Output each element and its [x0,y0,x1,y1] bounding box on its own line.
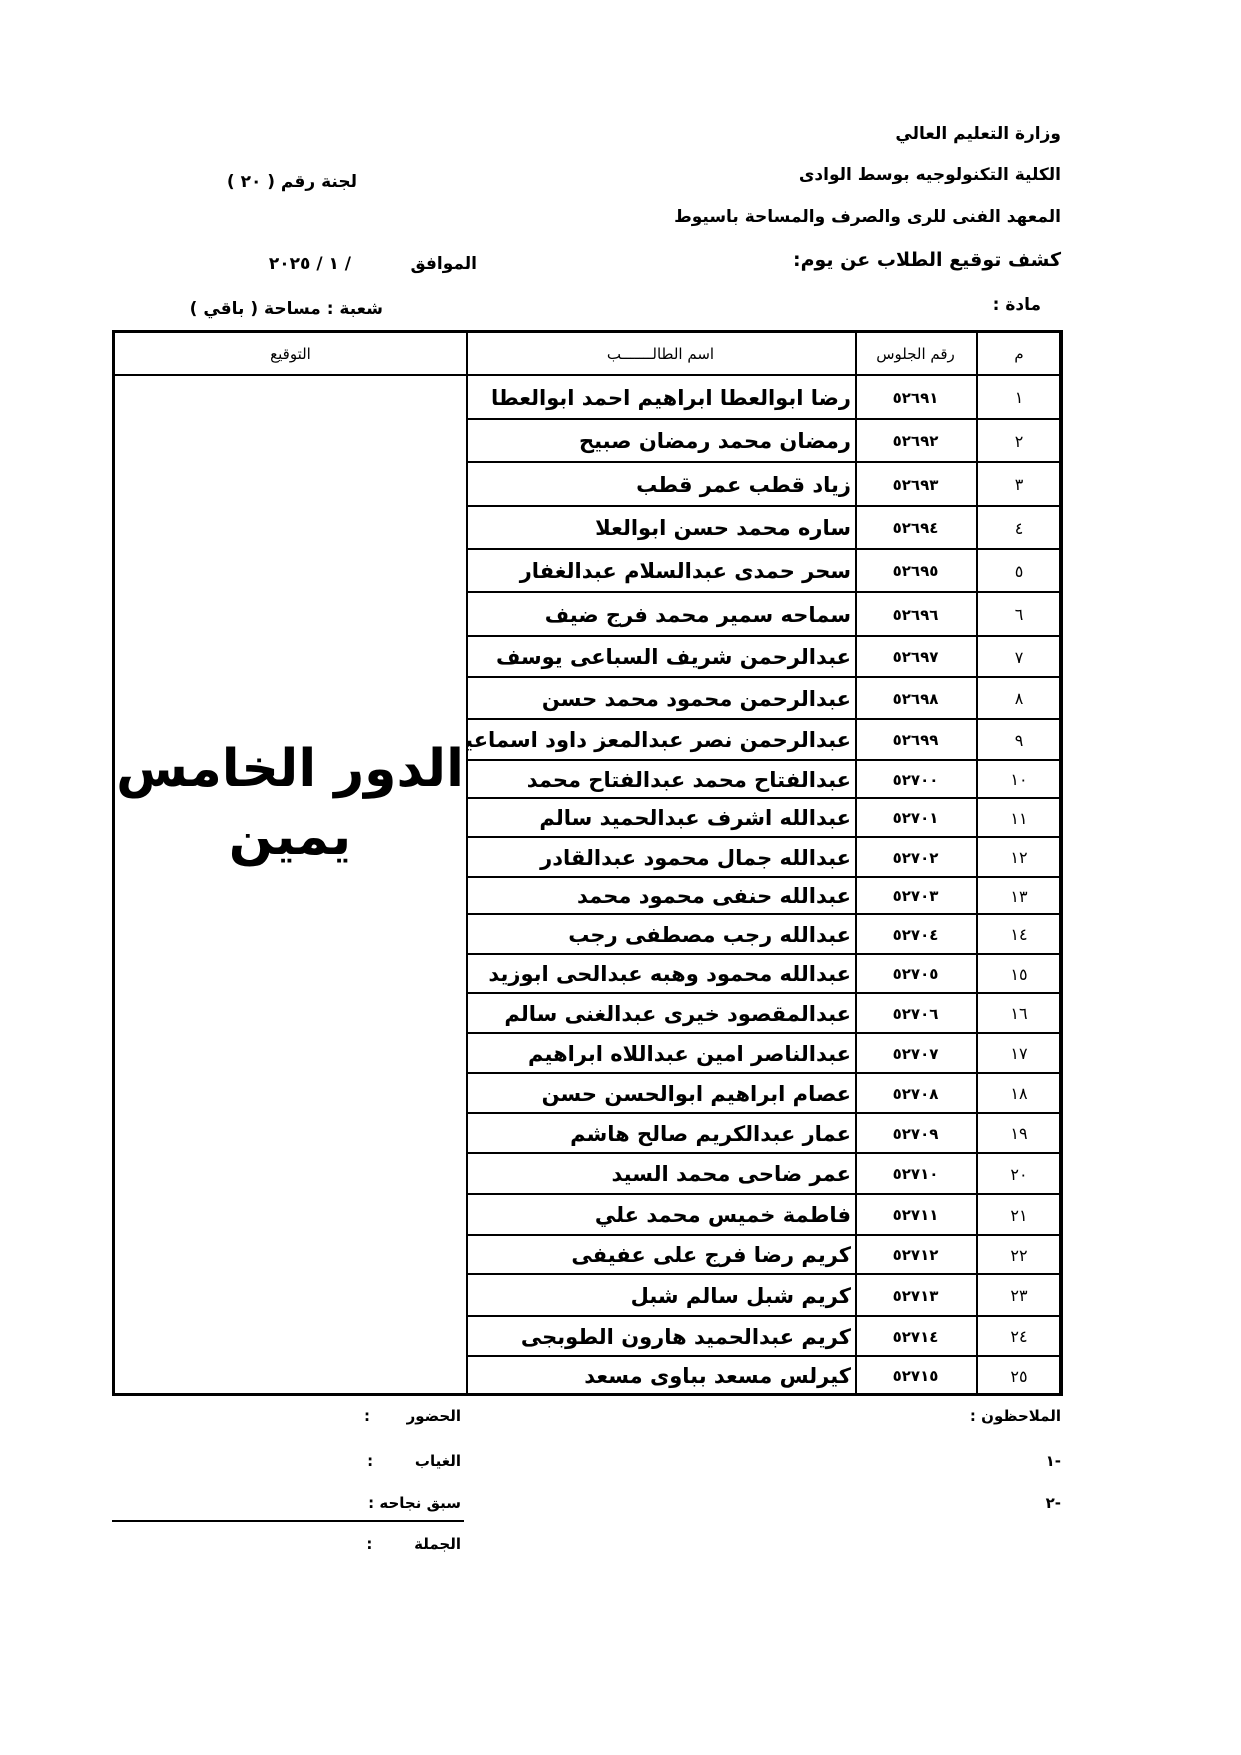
seat-number: ٥٢٧٠٣ [855,878,976,915]
division-label: شعبة : مساحة ( باقي ) [190,299,383,319]
seat-number: ٥٢٧١٠ [855,1154,976,1195]
student-name: عصام ابراهيم ابوالحسن حسن [466,1074,855,1114]
row-index: ١٦ [976,994,1062,1034]
student-name: فاطمة خميس محمد علي [466,1195,855,1236]
seat-number: ٥٢٦٩٦ [855,593,976,637]
seat-number: ٥٢٧٠٨ [855,1074,976,1114]
row-index: ٥ [976,550,1062,593]
student-name: عبدالفتاح محمد عبدالفتاح محمد [466,761,855,799]
seat-number: ٥٢٧٠٧ [855,1034,976,1074]
date-value: / ١ / ٢٠٢٥ [269,254,351,274]
student-name: رمضان محمد رمضان صبيح [466,420,855,463]
student-name: عبدالرحمن محمود محمد حسن [466,678,855,720]
subject-label: مادة : [993,295,1041,315]
column-header-signature: التوقيع [115,333,466,376]
row-index: ٩ [976,720,1062,761]
student-name: كريم رضا فرج على عفيفى [466,1236,855,1275]
student-name: عبدالناصر امين عبداللاه ابراهيم [466,1034,855,1074]
student-name: كريم شبل سالم شبل [466,1275,855,1317]
row-index: ١٢ [976,838,1062,878]
student-name: عمار عبدالكريم صالح هاشم [466,1114,855,1154]
student-name: عبدالله حنفى محمود محمد [466,878,855,915]
institute-name: المعهد الفنى للرى والصرف والمساحة باسيوط [674,207,1061,227]
total-separator-line [112,1520,464,1522]
seat-number: ٥٢٧٠٩ [855,1114,976,1154]
seat-number: ٥٢٦٩٤ [855,507,976,550]
student-name: سحر حمدى عبدالسلام عبدالغفار [466,550,855,593]
student-name: عبدالله اشرف عبدالحميد سالم [466,799,855,838]
student-name: عبدالمقصود خيرى عبدالغنى سالم [466,994,855,1034]
seat-number: ٥٢٧٠٤ [855,915,976,955]
student-name: كريم عبدالحميد هارون الطوبجى [466,1317,855,1357]
seat-number: ٥٢٧٠٥ [855,955,976,994]
row-index: ٢ [976,420,1062,463]
student-name: عبدالله محمود وهبه عبدالحى ابوزيد [466,955,855,994]
attendance-label: الحضور : [364,1407,461,1425]
total-label: الجملة : [366,1535,461,1553]
row-index: ١٧ [976,1034,1062,1074]
row-index: ١ [976,376,1062,420]
student-name: كيرلس مسعد بباوى مسعد [466,1357,855,1396]
ministry-name: وزارة التعليم العالي [895,124,1061,144]
row-index: ٢٥ [976,1357,1062,1396]
row-index: ٢٠ [976,1154,1062,1195]
student-name: عبدالرحمن نصر عبدالمعز داود اسماعيل [466,720,855,761]
row-index: ١١ [976,799,1062,838]
seat-number: ٥٢٧١٤ [855,1317,976,1357]
column-header-index: م [976,333,1062,376]
seat-number: ٥٢٦٩٩ [855,720,976,761]
student-name: عبدالرحمن شريف السباعى يوسف [466,637,855,678]
sheet-title: كشف توقيع الطلاب عن يوم: [793,249,1061,271]
signature-note-side: يمين [115,801,465,873]
seat-number: ٥٢٦٩١ [855,376,976,420]
row-index: ١٣ [976,878,1062,915]
seat-number: ٥٢٧٠٠ [855,761,976,799]
observers-label: الملاحظون : [970,1407,1061,1425]
seat-number: ٥٢٧١٢ [855,1236,976,1275]
row-index: ٦ [976,593,1062,637]
seat-number: ٥٢٧١٣ [855,1275,976,1317]
date-label: الموافق [410,254,477,274]
row-index: ٧ [976,637,1062,678]
seat-number: ٥٢٧١١ [855,1195,976,1236]
observer-1: -١ [1046,1452,1061,1470]
committee-number: لجنة رقم ( ٢٠ ) [227,172,357,192]
row-index: ١٨ [976,1074,1062,1114]
row-index: ٨ [976,678,1062,720]
row-index: ١٠ [976,761,1062,799]
seat-number: ٥٢٦٩٨ [855,678,976,720]
seat-number: ٥٢٧٠٢ [855,838,976,878]
column-header-name: اسم الطالـــــــب [466,333,855,376]
row-index: ١٩ [976,1114,1062,1154]
observer-2: -٢ [1046,1494,1061,1512]
seat-number: ٥٢٦٩٢ [855,420,976,463]
row-index: ٢٣ [976,1275,1062,1317]
row-index: ١٤ [976,915,1062,955]
seat-number: ٥٢٧١٥ [855,1357,976,1396]
row-index: ٣ [976,463,1062,507]
passed-before-label: سبق نجاحه : [368,1494,461,1512]
seat-number: ٥٢٧٠٦ [855,994,976,1034]
row-index: ٢٤ [976,1317,1062,1357]
student-name: عبدالله رجب مصطفى رجب [466,915,855,955]
student-name: رضا ابوالعطا ابراهيم احمد ابوالعطا [466,376,855,420]
student-name: ساره محمد حسن ابوالعلا [466,507,855,550]
row-index: ١٥ [976,955,1062,994]
college-name: الكلية التكنولوجيه بوسط الوادى [799,165,1061,185]
row-index: ٢٢ [976,1236,1062,1275]
signature-note-floor: الدور الخامس [115,733,465,805]
row-index: ٤ [976,507,1062,550]
column-header-seat: رقم الجلوس [855,333,976,376]
student-name: عبدالله جمال محمود عبدالقادر [466,838,855,878]
student-name: سماحه سمير محمد فرج ضيف [466,593,855,637]
seat-number: ٥٢٦٩٥ [855,550,976,593]
row-index: ٢١ [976,1195,1062,1236]
student-name: زياد قطب عمر قطب [466,463,855,507]
absence-label: الغياب : [367,1452,461,1470]
signature-sheet-table: التوقيع اسم الطالـــــــب رقم الجلوس م ا… [112,330,1063,1396]
seat-number: ٥٢٦٩٧ [855,637,976,678]
seat-number: ٥٢٧٠١ [855,799,976,838]
seat-number: ٥٢٦٩٣ [855,463,976,507]
student-name: عمر ضاحى محمد السيد [466,1154,855,1195]
